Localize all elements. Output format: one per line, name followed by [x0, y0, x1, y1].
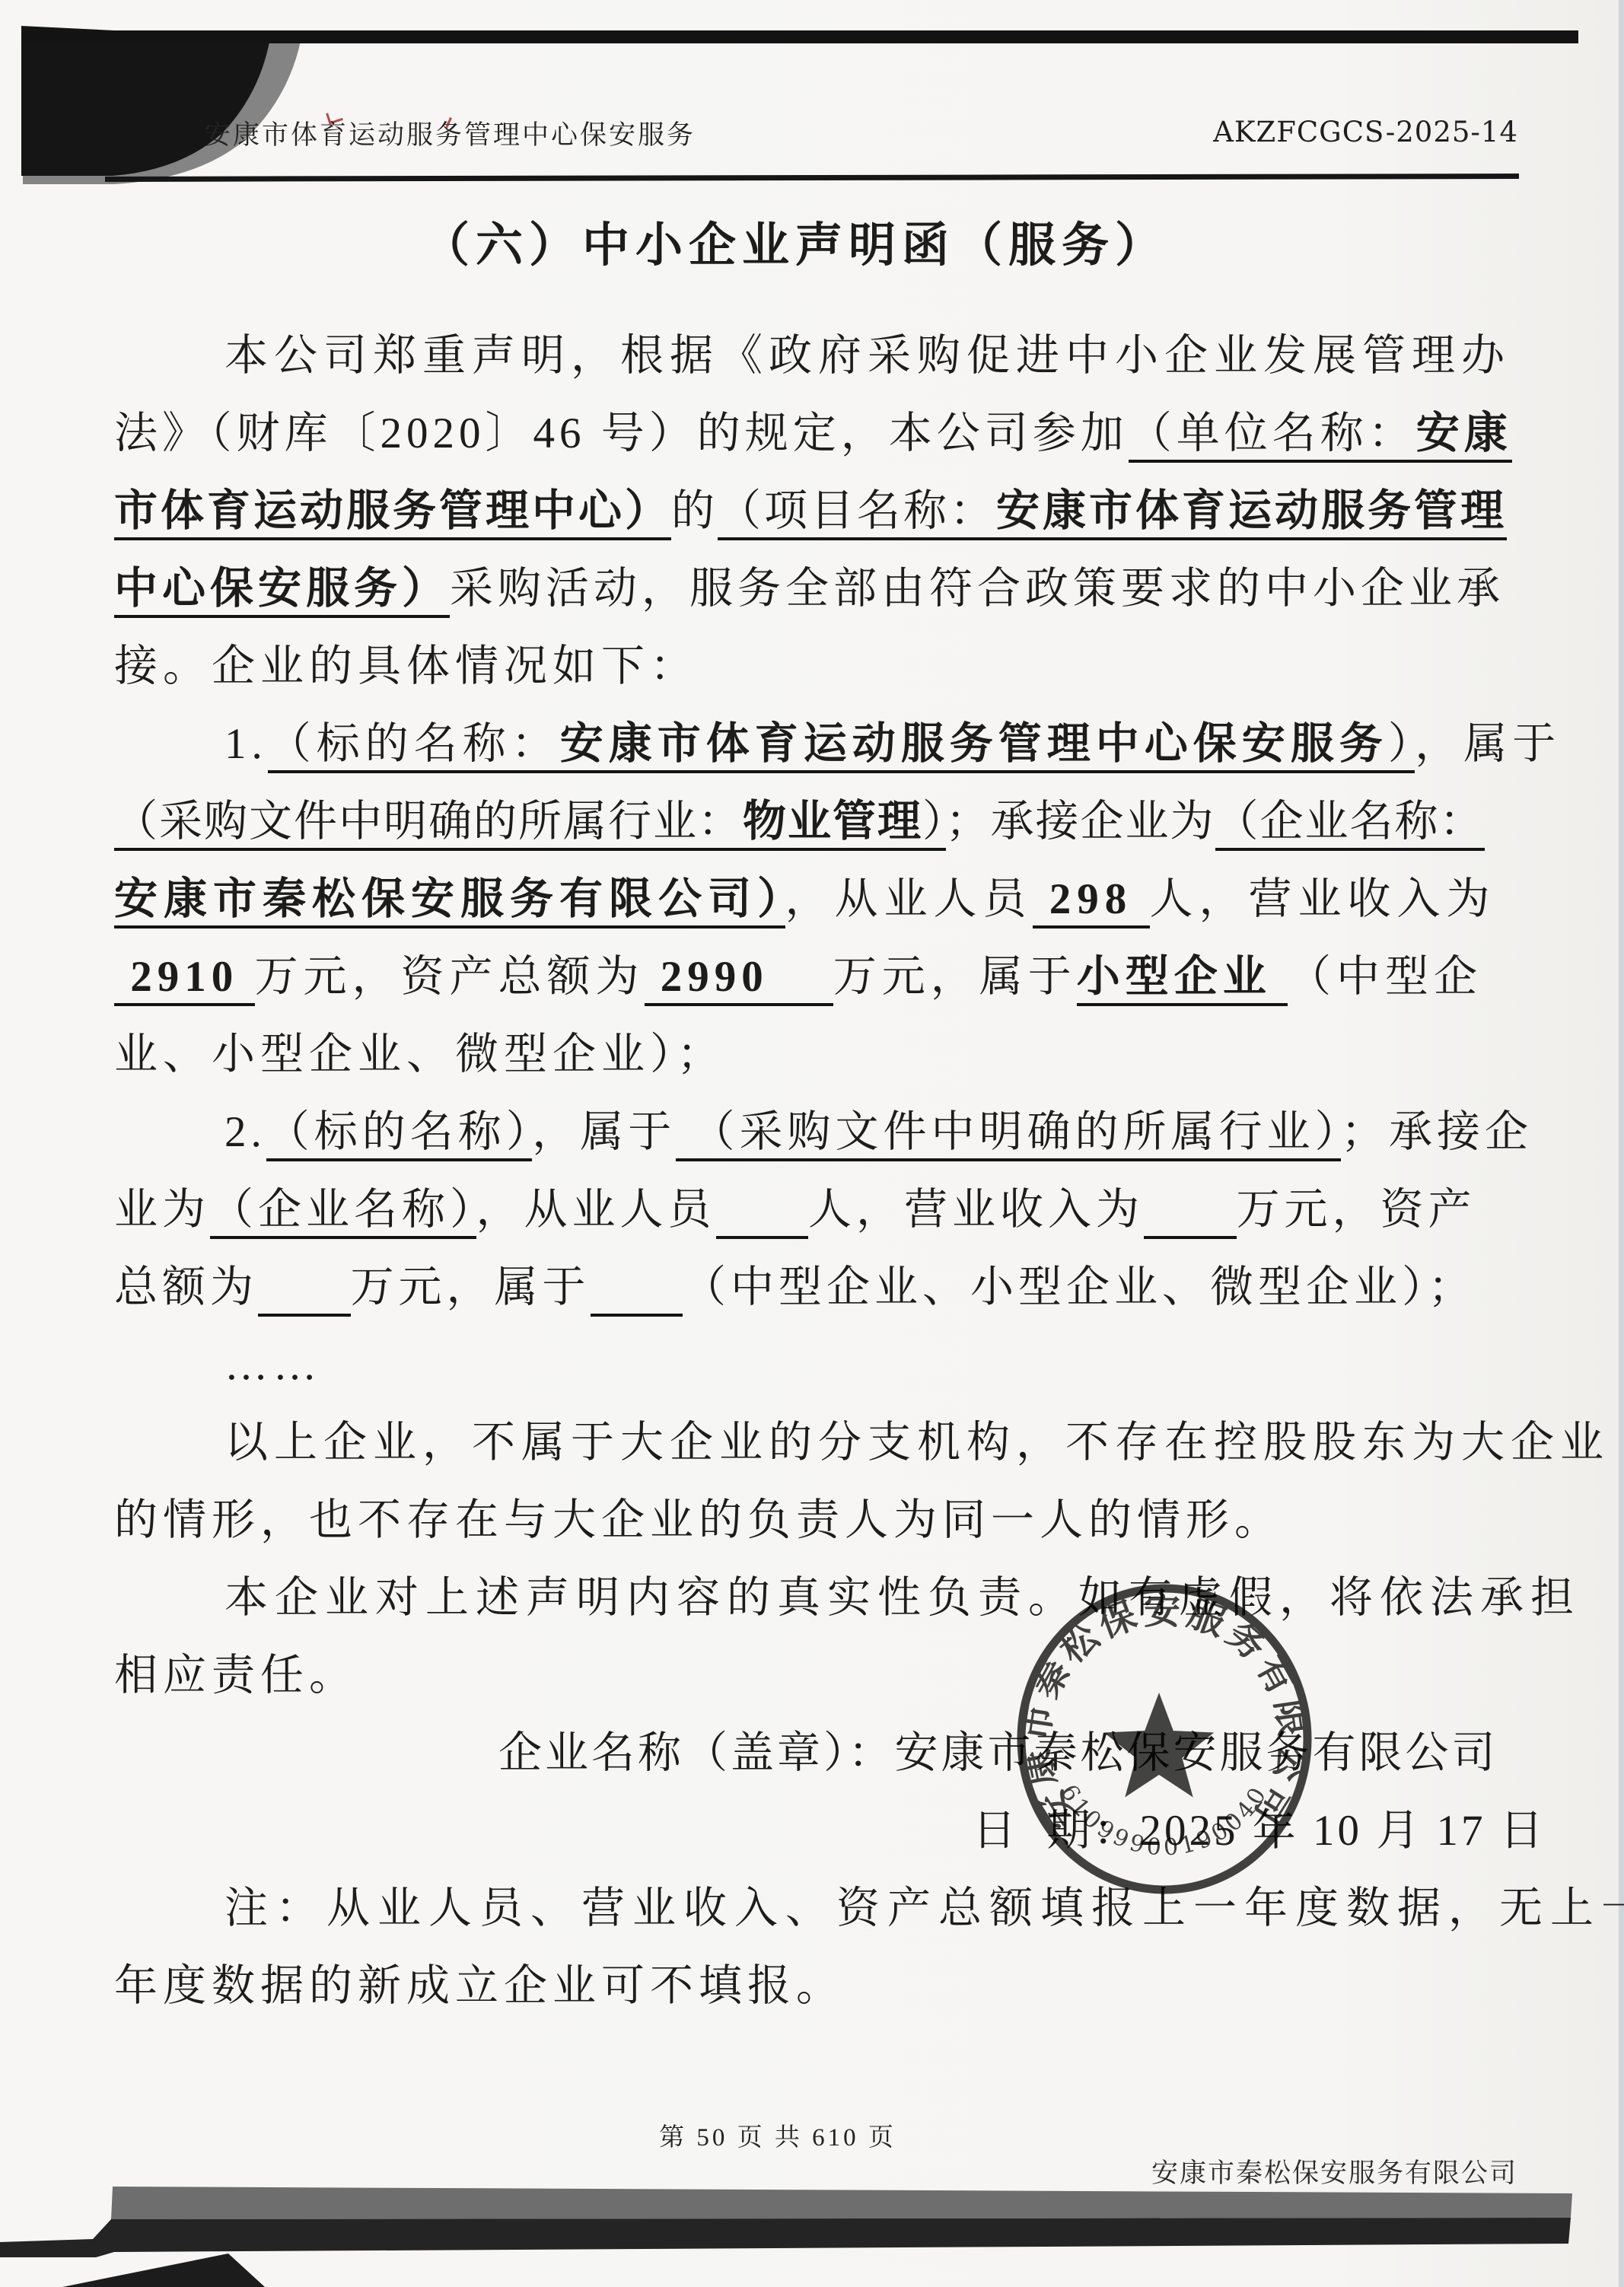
text-segment: 安康市体育运动服务管理	[996, 487, 1507, 540]
text-segment: 万元，资产	[1237, 1186, 1476, 1234]
text-line: 接。企业的具体情况如下：	[114, 628, 1518, 706]
text-segment: ）	[922, 798, 946, 851]
text-segment: ，从业人员	[785, 875, 1033, 923]
text-segment: 中心保安服务）	[114, 565, 450, 618]
footer-page-number: 第 50 页 共 610 页	[0, 2117, 1590, 2153]
text-segment: 接。企业的具体情况如下：	[114, 642, 699, 690]
text-segment: （单位名称：	[1129, 409, 1416, 463]
text-segment: ，属于	[1415, 720, 1561, 768]
text-line: 安康市秦松保安服务有限公司），从业人员 298 人，营业收入为	[114, 861, 1518, 938]
header-doc-code: AKZFCGCS-2025-14	[1213, 116, 1518, 148]
text-segment: 2.	[224, 1108, 266, 1156]
text-segment: （采购文件中明确的所属行业：	[114, 798, 743, 851]
text-segment: （企业名称）	[210, 1186, 476, 1239]
text-segment: 本企业对上述声明内容的真实性负责。如有虚假，将依法承担	[224, 1574, 1581, 1622]
text-segment: 安康	[1416, 409, 1512, 463]
text-segment: 以上企业，不属于大企业的分支机构，不存在控股股东为大企业	[224, 1419, 1610, 1467]
text-line: 本公司郑重声明，根据《政府采购促进中小企业发展管理办	[114, 317, 1518, 395]
text-segment: （项目名称：	[718, 487, 996, 540]
text-segment: 的	[671, 487, 718, 535]
text-segment: 1.	[224, 720, 268, 768]
text-line: 总额为 万元，属于 （中型企业、小型企业、微型企业）；	[114, 1249, 1518, 1327]
text-segment: 业、小型企业、微型企业）；	[114, 1030, 726, 1078]
text-segment: 万元，资产总额为	[255, 953, 645, 1001]
text-segment: ……	[224, 1341, 322, 1389]
text-segment: 安康市体育运动服务管理中心保安服务	[560, 720, 1388, 773]
text-segment: （标的名称）	[266, 1108, 533, 1161]
text-segment: ；承接企	[1341, 1108, 1533, 1156]
text-line: 业为（企业名称），从业人员 人，营业收入为 万元，资产	[114, 1171, 1518, 1249]
text-segment: 年度数据的新成立企业可不填报。	[114, 1962, 845, 2010]
text-segment: 企业名称（盖章）：安康市秦松保安服务有限公司	[498, 1729, 1498, 1777]
svg-text:61099900190040: 61099900190040	[1055, 1780, 1273, 1862]
text-segment: ；承接企业为	[946, 798, 1215, 846]
text-segment	[1144, 1186, 1237, 1239]
text-segment	[716, 1186, 809, 1239]
text-segment: 小型企业	[1077, 953, 1288, 1006]
text-segment: 的情形，也不存在与大企业的负责人为同一人的情形。	[114, 1496, 1283, 1544]
text-segment: ，从业人员	[476, 1186, 716, 1234]
text-line: 年度数据的新成立企业可不填报。	[114, 1948, 1518, 2025]
text-segment: 人，营业收入为	[1150, 875, 1496, 923]
seal-serial-number: 61099900190040	[1055, 1780, 1273, 1862]
text-segment: 298	[1033, 875, 1150, 928]
text-line: 法》（财库〔2020〕46 号）的规定，本公司参加（单位名称：安康	[114, 395, 1518, 473]
text-line: 1.（标的名称：安康市体育运动服务管理中心保安服务），属于	[114, 706, 1518, 783]
text-line: ……	[114, 1327, 1518, 1404]
text-line: 中心保安服务）采购活动，服务全部由符合政策要求的中小企业承	[114, 550, 1518, 628]
scanned-document-page: 安康市体育运动服务管理中心保安服务 AKZFCGCS-2025-14 （六）中小…	[0, 0, 1624, 2287]
text-segment: 相应责任。	[114, 1652, 358, 1699]
text-line: 的情形，也不存在与大企业的负责人为同一人的情形。	[114, 1482, 1518, 1559]
text-segment: （企业名称：	[1215, 798, 1485, 851]
text-segment: 安康市秦松保安服务有限公司）	[114, 875, 785, 928]
text-segment	[591, 1263, 683, 1317]
text-line: 业、小型企业、微型企业）；	[114, 1016, 1518, 1094]
text-segment: （标的名称：	[268, 720, 560, 773]
seal-star-icon	[1104, 1693, 1215, 1798]
text-line: 2.（标的名称），属于 （采购文件中明确的所属行业）；承接企	[114, 1094, 1518, 1171]
text-line: （采购文件中明确的所属行业：物业管理）；承接企业为（企业名称：	[114, 783, 1518, 861]
text-segment: 市体育运动服务管理中心）	[114, 487, 671, 540]
text-line: 以上企业，不属于大企业的分支机构，不存在控股股东为大企业	[114, 1404, 1518, 1482]
text-segment: 2990	[645, 953, 833, 1006]
page-title: （六）中小企业声明函（服务）	[0, 207, 1607, 275]
text-segment: ）	[1388, 720, 1415, 773]
text-segment: （中型企业、小型企业、微型企业）；	[683, 1263, 1476, 1311]
text-segment: （中型企	[1288, 953, 1482, 1001]
text-segment: 采购活动，服务全部由符合政策要求的中小企业承	[450, 565, 1505, 613]
text-line: 市体育运动服务管理中心）的（项目名称：安康市体育运动服务管理	[114, 473, 1518, 550]
footer-company-name: 安康市秦松保安服务有限公司	[1151, 2152, 1517, 2190]
text-segment: 万元，属于	[833, 953, 1077, 1001]
header-project-title: 安康市体育运动服务管理中心保安服务	[204, 114, 696, 152]
text-segment: 2910	[114, 953, 255, 1006]
text-segment: 人，营业收入为	[808, 1186, 1144, 1234]
text-line: 2910 万元，资产总额为 2990 万元，属于小型企业 （中型企	[114, 938, 1518, 1016]
text-segment: ，属于	[532, 1108, 676, 1156]
company-seal-stamp: 安康市秦松保安服务有限公司 61099900190040	[1001, 1575, 1328, 1903]
text-segment: 本公司郑重声明，根据《政府采购促进中小企业发展管理办	[224, 332, 1511, 380]
text-segment: （采购文件中明确的所属行业）	[676, 1108, 1341, 1161]
text-segment	[258, 1263, 351, 1317]
text-segment: 法》（财库〔2020〕46 号）的规定，本公司参加	[114, 409, 1129, 457]
text-segment: 业为	[114, 1186, 210, 1234]
header-rule	[105, 174, 1519, 182]
text-segment: 注：从业人员、营业收入、资产总额填报上一年度数据，无上一	[224, 1884, 1624, 1932]
text-segment: 总额为	[114, 1263, 258, 1311]
text-segment: 万元，属于	[351, 1263, 591, 1311]
text-segment: 物业管理	[743, 798, 922, 851]
